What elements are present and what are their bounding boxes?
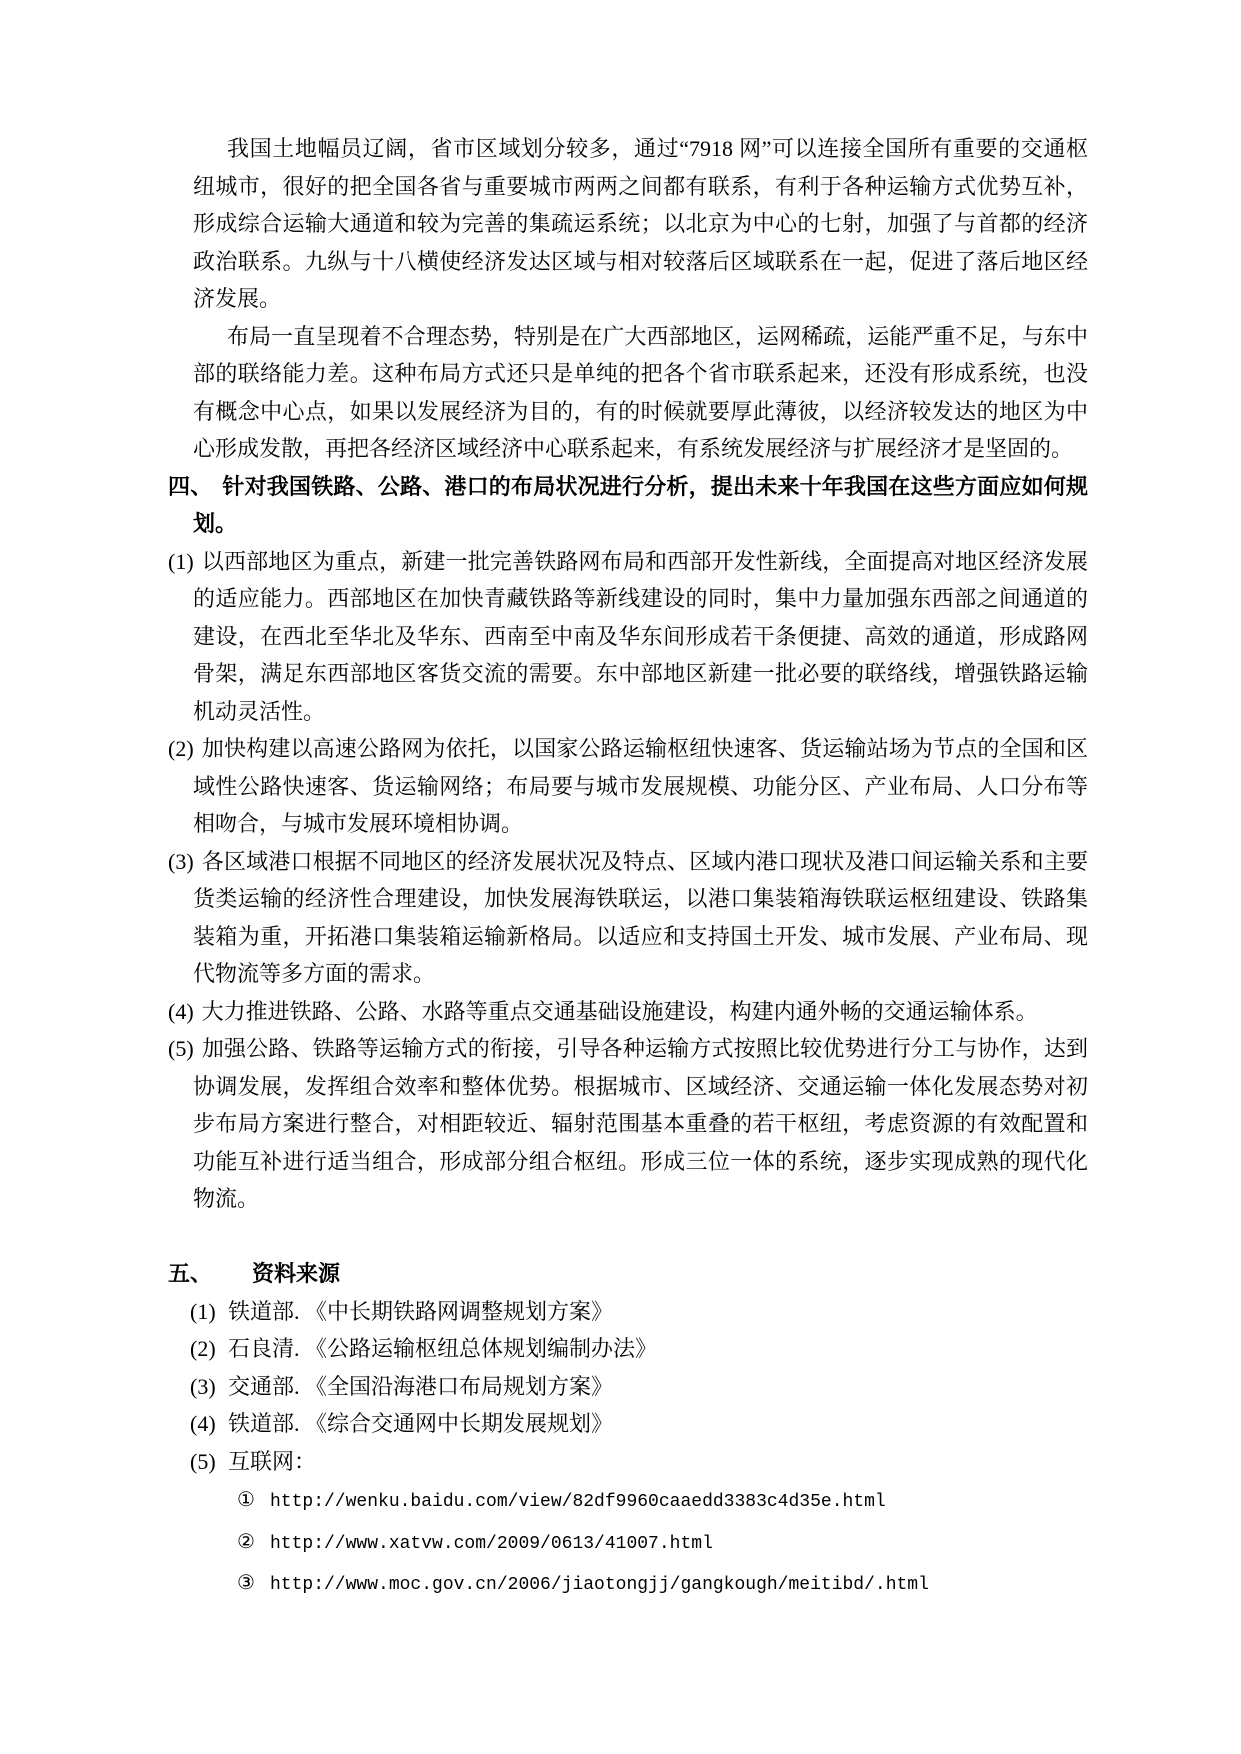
item-4-marker: (4)	[168, 999, 194, 1024]
source-1-text: 铁道部. 《中长期铁路网调整规划方案》	[228, 1299, 613, 1324]
document-page: 我国土地幅员辽阔，省市区域划分较多，通过“7918 网”可以连接全国所有重要的交…	[0, 0, 1241, 1754]
item-2-text: 加快构建以高速公路网为依托，以国家公路运输枢纽快速客、货运输站场为节点的全国和区…	[193, 736, 1088, 836]
list-item-5: (5)加强公路、铁路等运输方式的衔接，引导各种运输方式按照比较优势进行分工与协作…	[168, 1030, 1088, 1218]
link-1-circled-number: ①	[237, 1481, 270, 1519]
source-3-text: 交通部. 《全国沿海港口布局规划方案》	[228, 1374, 613, 1399]
item-2-marker: (2)	[168, 736, 194, 761]
source-3-marker: (3)	[190, 1368, 228, 1406]
list-item-2: (2)加快构建以高速公路网为依托，以国家公路运输枢纽快速客、货运输站场为节点的全…	[168, 730, 1088, 843]
link-item-2: ②http://www.xatvw.com/2009/0613/41007.ht…	[168, 1522, 1088, 1564]
source-2-text: 石良清. 《公路运输枢纽总体规划编制办法》	[228, 1336, 657, 1361]
source-item-5: (5)互联网：	[168, 1443, 1088, 1481]
item-5-marker: (5)	[168, 1036, 194, 1061]
source-4-marker: (4)	[190, 1405, 228, 1443]
item-3-marker: (3)	[168, 849, 194, 874]
paragraph-layout-problems: 布局一直呈现着不合理态势，特别是在广大西部地区，运网稀疏，运能严重不足，与东中部…	[193, 318, 1088, 468]
source-item-3: (3)交通部. 《全国沿海港口布局规划方案》	[168, 1368, 1088, 1406]
source-2-marker: (2)	[190, 1330, 228, 1368]
source-item-2: (2)石良清. 《公路运输枢纽总体规划编制办法》	[168, 1330, 1088, 1368]
item-3-text: 各区域港口根据不同地区的经济发展状况及特点、区域内港口现状及港口间运输关系和主要…	[193, 849, 1088, 987]
section-four-title: 针对我国铁路、公路、港口的布局状况进行分析，提出未来十年我国在这些方面应如何规划…	[193, 474, 1088, 537]
source-5-text: 互联网：	[228, 1449, 316, 1474]
document-content: 我国土地幅员辽阔，省市区域划分较多，通过“7918 网”可以连接全国所有重要的交…	[168, 130, 1088, 1605]
section-five-title: 资料来源	[252, 1261, 340, 1286]
item-1-text: 以西部地区为重点，新建一批完善铁路网布局和西部开发性新线，全面提高对地区经济发展…	[193, 549, 1088, 724]
link-item-3: ③http://www.moc.gov.cn/2006/jiaotongjj/g…	[168, 1563, 1088, 1605]
link-3-url: http://www.moc.gov.cn/2006/jiaotongjj/ga…	[270, 1575, 929, 1595]
list-item-4: (4)大力推进铁路、公路、水路等重点交通基础设施建设，构建内通外畅的交通运输体系…	[168, 993, 1088, 1031]
paragraph-network-advantages: 我国土地幅员辽阔，省市区域划分较多，通过“7918 网”可以连接全国所有重要的交…	[193, 130, 1088, 318]
section-heading-five: 五、资料来源	[168, 1255, 1088, 1293]
source-1-marker: (1)	[190, 1293, 228, 1331]
link-2-circled-number: ②	[237, 1523, 270, 1561]
item-1-marker: (1)	[168, 549, 194, 574]
list-item-1: (1)以西部地区为重点，新建一批完善铁路网布局和西部开发性新线，全面提高对地区经…	[168, 543, 1088, 731]
link-item-1: ①http://wenku.baidu.com/view/82df9960caa…	[168, 1480, 1088, 1522]
section-five-number: 五、	[168, 1261, 212, 1286]
item-4-text: 大力推进铁路、公路、水路等重点交通基础设施建设，构建内通外畅的交通运输体系。	[202, 999, 1038, 1024]
source-4-text: 铁道部. 《综合交通网中长期发展规划》	[228, 1411, 613, 1436]
link-1-url: http://wenku.baidu.com/view/82df9960caae…	[270, 1492, 886, 1512]
source-5-marker: (5)	[190, 1443, 228, 1481]
list-item-3: (3)各区域港口根据不同地区的经济发展状况及特点、区域内港口现状及港口间运输关系…	[168, 843, 1088, 993]
link-3-circled-number: ③	[237, 1564, 270, 1602]
source-item-4: (4)铁道部. 《综合交通网中长期发展规划》	[168, 1405, 1088, 1443]
link-2-url: http://www.xatvw.com/2009/0613/41007.htm…	[270, 1534, 713, 1554]
source-item-1: (1)铁道部. 《中长期铁路网调整规划方案》	[168, 1293, 1088, 1331]
item-5-text: 加强公路、铁路等运输方式的衔接，引导各种运输方式按照比较优势进行分工与协作，达到…	[193, 1036, 1088, 1211]
section-four-number: 四、	[168, 474, 212, 499]
section-heading-four: 四、针对我国铁路、公路、港口的布局状况进行分析，提出未来十年我国在这些方面应如何…	[168, 468, 1088, 543]
